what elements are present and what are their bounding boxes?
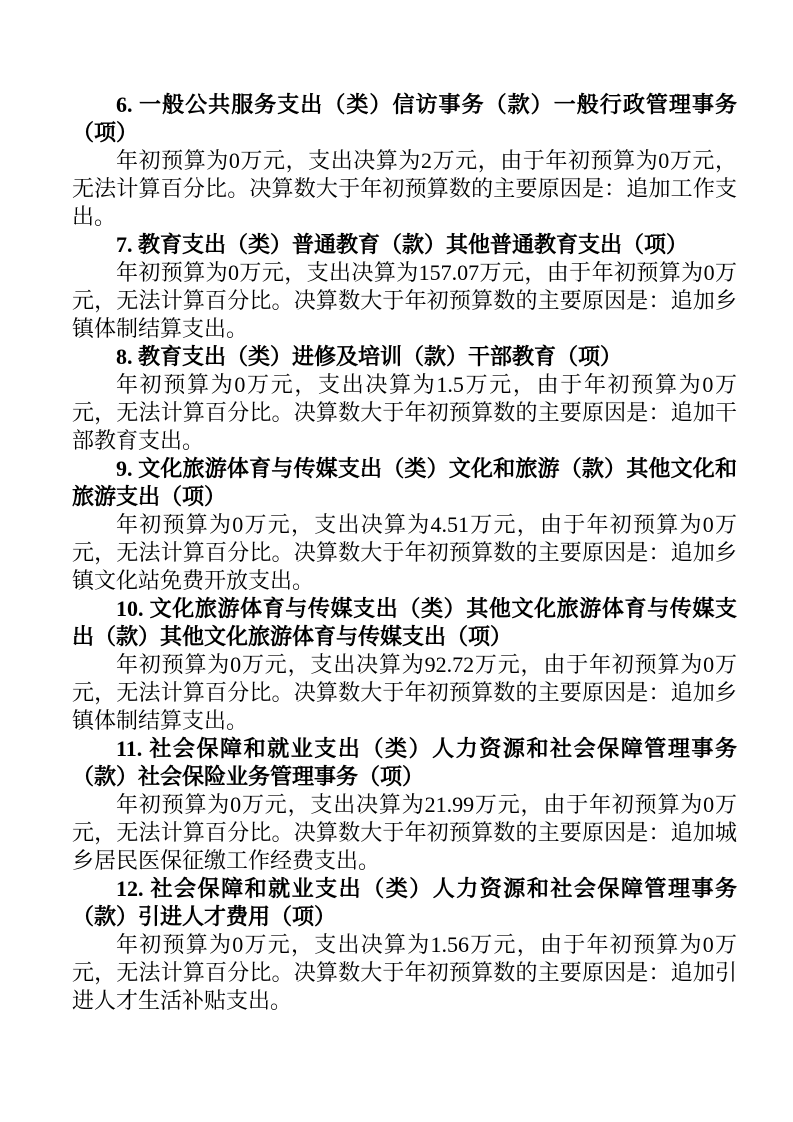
section-heading: 11. 社会保障和就业支出（类）人力资源和社会保障管理事务（款）社会保险业务管理… [72, 735, 737, 791]
document-content: 6. 一般公共服务支出（类）信访事务（款）一般行政管理事务（项） 年初预算为0万… [72, 91, 737, 1015]
document-page: 6. 一般公共服务支出（类）信访事务（款）一般行政管理事务（项） 年初预算为0万… [0, 0, 793, 1122]
section-heading: 8. 教育支出（类）进修及培训（款）干部教育（项） [72, 343, 737, 371]
section-paragraph: 年初预算为0万元，支出决算为21.99万元，由于年初预算为0万元，无法计算百分比… [72, 791, 737, 875]
section-10: 10. 文化旅游体育与传媒支出（类）其他文化旅游体育与传媒支出（款）其他文化旅游… [72, 595, 737, 735]
section-heading: 12. 社会保障和就业支出（类）人力资源和社会保障管理事务（款）引进人才费用（项… [72, 875, 737, 931]
section-7: 7. 教育支出（类）普通教育（款）其他普通教育支出（项） 年初预算为0万元，支出… [72, 231, 737, 343]
section-paragraph: 年初预算为0万元，支出决算为92.72万元，由于年初预算为0万元，无法计算百分比… [72, 651, 737, 735]
section-heading: 10. 文化旅游体育与传媒支出（类）其他文化旅游体育与传媒支出（款）其他文化旅游… [72, 595, 737, 651]
section-paragraph: 年初预算为0万元，支出决算为4.51万元，由于年初预算为0万元，无法计算百分比。… [72, 511, 737, 595]
section-11: 11. 社会保障和就业支出（类）人力资源和社会保障管理事务（款）社会保险业务管理… [72, 735, 737, 875]
section-9: 9. 文化旅游体育与传媒支出（类）文化和旅游（款）其他文化和旅游支出（项） 年初… [72, 455, 737, 595]
section-paragraph: 年初预算为0万元，支出决算为157.07万元，由于年初预算为0万元，无法计算百分… [72, 259, 737, 343]
section-12: 12. 社会保障和就业支出（类）人力资源和社会保障管理事务（款）引进人才费用（项… [72, 875, 737, 1015]
section-heading: 6. 一般公共服务支出（类）信访事务（款）一般行政管理事务（项） [72, 91, 737, 147]
section-heading: 9. 文化旅游体育与传媒支出（类）文化和旅游（款）其他文化和旅游支出（项） [72, 455, 737, 511]
section-6: 6. 一般公共服务支出（类）信访事务（款）一般行政管理事务（项） 年初预算为0万… [72, 91, 737, 231]
section-paragraph: 年初预算为0万元，支出决算为2万元，由于年初预算为0万元，无法计算百分比。决算数… [72, 147, 737, 231]
section-8: 8. 教育支出（类）进修及培训（款）干部教育（项） 年初预算为0万元，支出决算为… [72, 343, 737, 455]
section-paragraph: 年初预算为0万元，支出决算为1.5万元，由于年初预算为0万元，无法计算百分比。决… [72, 371, 737, 455]
section-paragraph: 年初预算为0万元，支出决算为1.56万元，由于年初预算为0万元，无法计算百分比。… [72, 931, 737, 1015]
section-heading: 7. 教育支出（类）普通教育（款）其他普通教育支出（项） [72, 231, 737, 259]
